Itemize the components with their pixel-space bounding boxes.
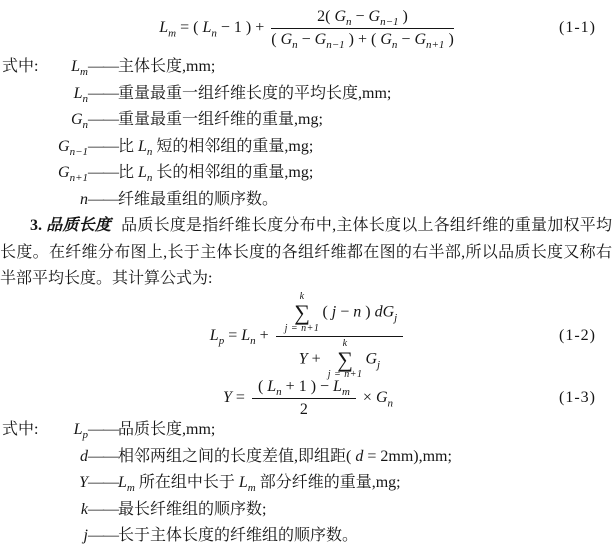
- math-variable: L: [138, 164, 147, 181]
- math-subscript: n−1: [326, 39, 344, 51]
- definition-dash: ——: [88, 107, 118, 134]
- desc-text: 相邻两组之间的长度差值,即组距(: [118, 448, 355, 465]
- math-subscript: j: [377, 358, 380, 370]
- math-text: (: [258, 378, 267, 395]
- where-label: 式中:: [2, 54, 38, 81]
- math-text: −: [397, 31, 414, 48]
- symbol-cell: 式中:Lm: [0, 54, 88, 81]
- definition-dash: ——: [88, 54, 118, 81]
- denominator: 2: [252, 399, 356, 419]
- symbol-cell: k: [0, 497, 88, 524]
- equation-number: (1-3): [559, 389, 596, 407]
- desc-text: 最长纤维组的顺序数;: [118, 501, 266, 518]
- definition-row: n——纤维最重组的顺序数。: [0, 187, 616, 214]
- desc-text: 纤维最重组的顺序数。: [118, 191, 278, 208]
- math-variable: G: [414, 31, 426, 48]
- definition-row: Gn+1——比 Ln 长的相邻组的重量,mg;: [0, 160, 616, 187]
- math-variable: L: [267, 378, 276, 395]
- symbol-cell: 式中:Lp: [0, 417, 88, 444]
- section-number: 3.: [30, 217, 42, 234]
- definition-description: 长于主体长度的纤维组的顺序数。: [118, 523, 616, 545]
- definition-symbol: L: [71, 58, 80, 75]
- math-variable: L: [333, 378, 342, 395]
- definition-row: 式中:Lm——主体长度,mm;: [0, 54, 616, 81]
- formula-main-length: Lm = ( Ln − 1 ) + 2( Gn − Gn−1 )( Gn − G…: [159, 8, 457, 49]
- desc-text: 主体长度,mm;: [118, 58, 215, 75]
- math-variable: G: [380, 31, 392, 48]
- definition-description: 纤维最重组的顺序数。: [118, 187, 616, 214]
- math-text: 2: [300, 401, 308, 418]
- definition-row: Gn−1——比 Ln 短的相邻组的重量,mg;: [0, 134, 616, 161]
- symbol-cell: n: [0, 187, 88, 214]
- math-variable: Y: [223, 389, 232, 406]
- definition-dash: ——: [88, 160, 118, 187]
- desc-text: 部分纤维的重量,mg;: [256, 474, 401, 491]
- math-variable: G: [315, 31, 327, 48]
- math-subscript: m: [80, 66, 88, 78]
- definition-row: k——最长纤维组的顺序数;: [0, 497, 616, 524]
- definition-dash: ——: [88, 187, 118, 214]
- math-variable: L: [159, 19, 168, 36]
- definition-symbol: G: [71, 111, 83, 128]
- math-variable: G: [334, 8, 346, 25]
- math-subscript: n−1: [70, 146, 88, 158]
- definition-row: 式中:Lp——品质长度,mm;: [0, 417, 616, 444]
- symbol-cell: d: [0, 444, 88, 471]
- math-variable: L: [239, 474, 248, 491]
- math-text: +: [256, 327, 273, 344]
- sigma-icon: ∑: [294, 302, 310, 324]
- textbook-page: Lm = ( Ln − 1 ) + 2( Gn − Gn−1 )( Gn − G…: [0, 0, 616, 545]
- definition-row: Ln——重量最重一组纤维长度的平均长度,mm;: [0, 81, 616, 108]
- math-subscript: n−1: [380, 16, 398, 28]
- definition-row: Y——Lm 所在组中长于 Lm 部分纤维的重量,mg;: [0, 470, 616, 497]
- symbol-cell: Gn−1: [0, 134, 88, 161]
- definition-symbol: L: [74, 421, 83, 438]
- desc-text: 重量最重一组纤维的重量,mg;: [118, 111, 323, 128]
- desc-text: 短的相邻组的重量,mg;: [152, 138, 313, 155]
- definition-row: j——长于主体长度的纤维组的顺序数。: [0, 523, 616, 545]
- formula-quality-length: Lp = Ln + k∑j = n+1( j − n ) dGjY + k∑j …: [210, 292, 406, 381]
- definition-dash: ——: [88, 134, 118, 161]
- denominator: ( Gn − Gn−1 ) + ( Gn − Gn+1 ): [271, 29, 454, 49]
- math-text: =: [224, 327, 241, 344]
- math-variable: G: [281, 31, 293, 48]
- desc-text: 比: [118, 138, 138, 155]
- desc-text: 重量最重一组纤维长度的平均长度,mm;: [118, 85, 391, 102]
- symbol-cell: Ln: [0, 81, 88, 108]
- math-variable: G: [376, 389, 388, 406]
- definition-symbol: k: [81, 501, 88, 518]
- desc-text: 长于主体长度的纤维组的顺序数。: [118, 527, 358, 544]
- math-text: (: [271, 31, 280, 48]
- desc-text: 所在组中长于: [135, 474, 239, 491]
- definition-description: 比 Ln 长的相邻组的重量,mg;: [118, 160, 616, 187]
- math-text: ×: [359, 389, 376, 406]
- definition-dash: ——: [88, 497, 118, 524]
- symbol-cell: Gn: [0, 107, 88, 134]
- numerator: ( Ln + 1 ) − Lm: [252, 378, 356, 399]
- definition-row: d——相邻两组之间的长度差值,即组距( d = 2mm),mm;: [0, 444, 616, 471]
- math-text: = (: [176, 19, 202, 36]
- definition-description: 重量最重一组纤维长度的平均长度,mm;: [118, 81, 616, 108]
- definition-description: 比 Ln 短的相邻组的重量,mg;: [118, 134, 616, 161]
- math-text: + 1 ) −: [282, 378, 333, 395]
- equation-number: (1-2): [559, 327, 596, 345]
- math-text: =: [232, 389, 249, 406]
- summation: k∑j = n+1: [285, 292, 320, 334]
- where-definitions-1: 式中:Lm——主体长度,mm; Ln——重量最重一组纤维长度的平均长度,mm; …: [0, 54, 616, 213]
- math-variable: dG: [375, 303, 395, 320]
- numerator: k∑j = n+1( j − n ) dGj: [276, 292, 404, 337]
- definition-description: 重量最重一组纤维的重量,mg;: [118, 107, 616, 134]
- definition-dash: ——: [88, 470, 118, 497]
- math-text: ): [399, 8, 408, 25]
- definition-description: 相邻两组之间的长度差值,即组距( d = 2mm),mm;: [118, 444, 616, 471]
- formula-Y: Y = ( Ln + 1 ) − Lm2 × Gn: [223, 378, 393, 419]
- math-subscript: m: [168, 27, 176, 39]
- equation-number: (1-1): [559, 19, 596, 37]
- definition-dash: ——: [88, 523, 118, 545]
- equation-1-2: Lp = Ln + k∑j = n+1( j − n ) dGjY + k∑j …: [0, 293, 616, 379]
- math-text: ): [444, 31, 453, 48]
- symbol-cell: Y: [0, 470, 88, 497]
- definition-symbol: Y: [79, 474, 88, 491]
- summation: k∑j = n+1: [328, 339, 363, 381]
- where-label: 式中:: [2, 417, 38, 444]
- math-text: −: [336, 303, 353, 320]
- math-text: − 1 ) +: [217, 19, 268, 36]
- math-text: ) + (: [345, 31, 381, 48]
- section-heading: 品质长度: [46, 217, 111, 234]
- definition-description: Lm 所在组中长于 Lm 部分纤维的重量,mg;: [118, 470, 616, 497]
- definition-symbol: G: [58, 138, 70, 155]
- math-subscript: n: [83, 119, 89, 131]
- symbol-cell: Gn+1: [0, 160, 88, 187]
- definition-dash: ——: [88, 444, 118, 471]
- definition-dash: ——: [88, 81, 118, 108]
- math-text: ): [361, 303, 374, 320]
- where-definitions-2: 式中:Lp——品质长度,mm; d——相邻两组之间的长度差值,即组距( d = …: [0, 417, 616, 545]
- definition-symbol: j: [84, 527, 88, 544]
- math-variable: L: [118, 474, 127, 491]
- math-variable: L: [210, 327, 219, 344]
- math-variable: L: [241, 327, 250, 344]
- sum-lower-limit: j = n+1: [285, 324, 320, 334]
- math-text: −: [298, 31, 315, 48]
- math-text: (: [322, 303, 331, 320]
- math-subscript: n: [388, 397, 394, 409]
- math-subscript: n+1: [70, 172, 88, 184]
- math-variable: Y: [299, 350, 308, 367]
- desc-text: = 2mm),mm;: [363, 448, 452, 465]
- numerator: 2( Gn − Gn−1 ): [271, 8, 454, 29]
- definition-symbol: d: [80, 448, 88, 465]
- definition-dash: ——: [88, 417, 118, 444]
- math-variable: G: [369, 8, 381, 25]
- definition-row: Gn——重量最重一组纤维的重量,mg;: [0, 107, 616, 134]
- definition-description: 主体长度,mm;: [118, 54, 616, 81]
- equation-1-3: Y = ( Ln + 1 ) − Lm2 × Gn (1-3): [0, 379, 616, 417]
- sigma-icon: ∑: [337, 349, 353, 371]
- desc-text: 长的相邻组的重量,mg;: [152, 164, 313, 181]
- math-text: −: [352, 8, 369, 25]
- quality-length-paragraph: 3.品质长度品质长度是指纤维长度分布中,主体长度以上各组纤维的重量加权平均长度。…: [0, 213, 616, 293]
- desc-text: 品质长度,mm;: [118, 421, 215, 438]
- desc-text: 比: [118, 164, 138, 181]
- math-text: 2(: [317, 8, 334, 25]
- definition-symbol: n: [80, 191, 88, 208]
- math-variable: L: [138, 138, 147, 155]
- symbol-cell: j: [0, 523, 88, 545]
- fraction: ( Ln + 1 ) − Lm2: [252, 378, 356, 419]
- fraction: 2( Gn − Gn−1 )( Gn − Gn−1 ) + ( Gn − Gn+…: [271, 8, 454, 49]
- definition-description: 品质长度,mm;: [118, 417, 616, 444]
- definition-description: 最长纤维组的顺序数;: [118, 497, 616, 524]
- equation-1-1: Lm = ( Ln − 1 ) + 2( Gn − Gn−1 )( Gn − G…: [0, 2, 616, 54]
- fraction: k∑j = n+1( j − n ) dGjY + k∑j = n+1Gj: [276, 292, 404, 381]
- denominator: Y + k∑j = n+1Gj: [276, 337, 404, 381]
- math-variable: G: [365, 350, 377, 367]
- math-subscript: m: [248, 482, 256, 494]
- math-subscript: n: [83, 93, 89, 105]
- math-text: +: [308, 350, 325, 367]
- definition-symbol: G: [58, 164, 70, 181]
- math-subscript: p: [83, 429, 89, 441]
- math-subscript: m: [342, 386, 350, 398]
- math-subscript: m: [127, 482, 135, 494]
- math-subscript: j: [394, 311, 397, 323]
- math-subscript: n+1: [426, 39, 444, 51]
- definition-symbol: L: [74, 85, 83, 102]
